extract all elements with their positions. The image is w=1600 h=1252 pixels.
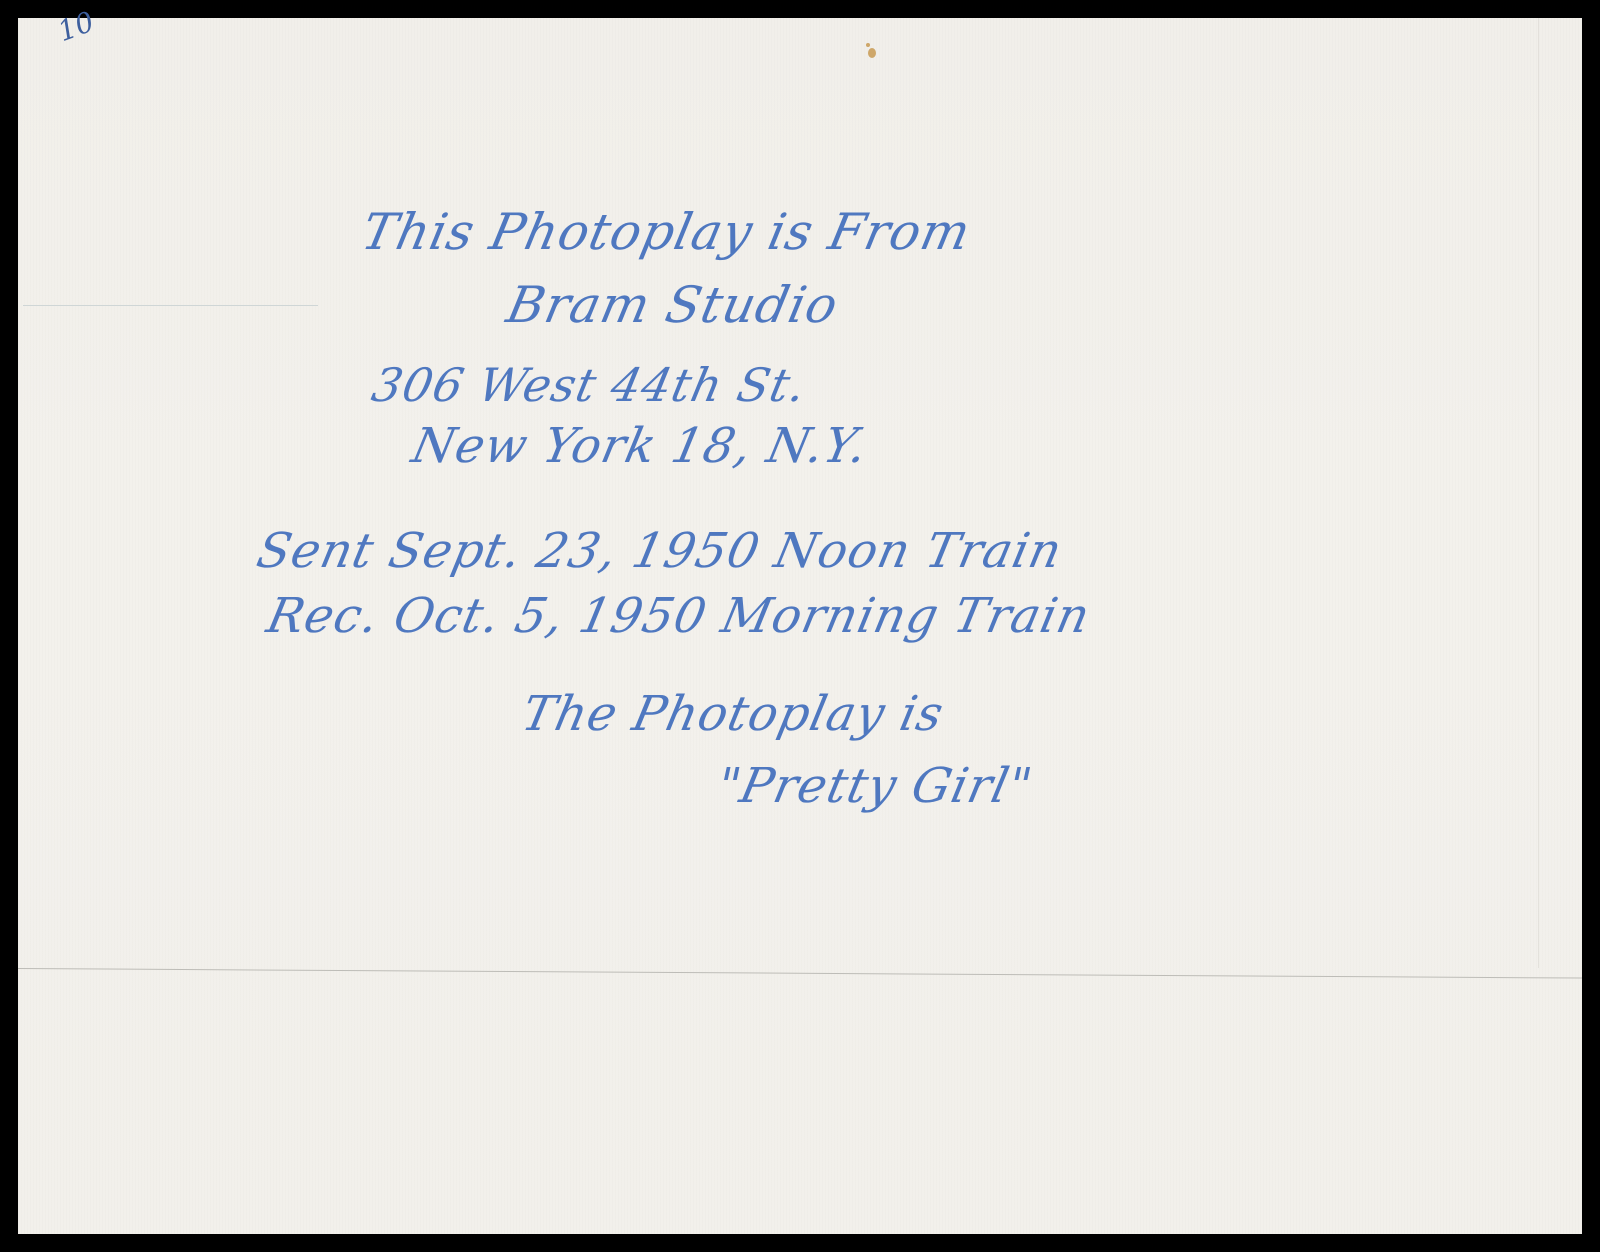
note-line-photoplay-title: "Pretty Girl"	[712, 758, 1038, 814]
note-line-street-address: 306 West 44th St.	[367, 358, 811, 412]
fold-line	[18, 968, 1582, 979]
note-line-studio-name: Bram Studio	[502, 276, 844, 334]
paper-stain	[866, 43, 870, 47]
note-line-photoplay-intro: The Photoplay is	[517, 686, 949, 742]
faint-pencil-line	[23, 305, 318, 306]
note-line-city: New York 18, N.Y.	[407, 418, 873, 474]
note-line-sent-date: Sent Sept. 23, 1950 Noon Train	[252, 523, 1067, 579]
paper-crease	[1538, 18, 1539, 968]
paper-stain	[868, 48, 876, 58]
note-line-heading: This Photoplay is From	[357, 203, 976, 261]
corner-mark: 10	[53, 5, 98, 48]
handwritten-note-paper: 10 This Photoplay is From Bram Studio 30…	[18, 18, 1582, 1234]
note-line-received-date: Rec. Oct. 5, 1950 Morning Train	[262, 588, 1095, 644]
